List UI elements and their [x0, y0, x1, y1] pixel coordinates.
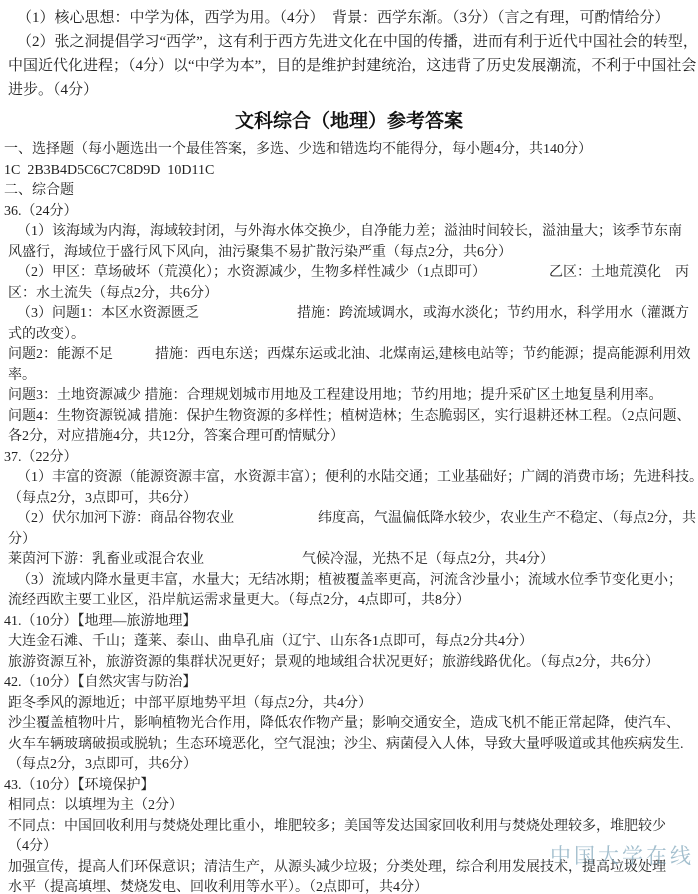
text-line: 区：水土流失（每点2分，共6分） — [2, 284, 696, 305]
text-line: （1）核心思想：中学为体，西学为用。（4分） 背景：西学东渐。（3分）（言之有理… — [2, 6, 696, 30]
text-line: 不同点：中国回收利用与焚烧处理比重小，堆肥较多；美国等发达国家回收利用与焚烧处理… — [2, 817, 696, 838]
text-line: 率。 — [2, 366, 696, 387]
text-line: 41.（10分）【地理—旅游地理】 — [2, 612, 696, 633]
text-line: （1）该海域为内海，海域较封闭，与外海水体交换少，自净能力差；溢油时间较长，溢油… — [2, 222, 696, 243]
text-line: 旅游资源互补，旅游资源的集群状况更好；景观的地域组合状况更好；旅游线路优化。（每… — [2, 653, 696, 674]
geography-answer-block: 一、选择题（每小题选出一个最佳答案，多选、少选和错选均不能得分，每小题4分，共1… — [2, 140, 696, 894]
text-line: （2）张之洞提倡学习“西学”，这有利于西方先进文化在中国的传播，进而有利于近代中… — [2, 30, 696, 54]
text-line: （每点2分，3点即可，共6分） — [2, 489, 696, 510]
text-line: 42.（10分）【自然灾害与防治】 — [2, 673, 696, 694]
text-line: 1C 2B3B4D5C6C7C8D9D 10D11C — [2, 161, 696, 182]
text-line: 距冬季风的源地近；中部平原地势平坦（每点2分，共4分） — [2, 694, 696, 715]
text-line: 火车车辆玻璃破损或脱轨；生态环境恶化，空气混浊；沙尘、病菌侵入人体，导致大量呼吸… — [2, 735, 696, 756]
text-line: 问题4：生物资源锐减 措施：保护生物资源的多样性；植树造林；生态脆弱区，实行退耕… — [2, 407, 696, 428]
history-answer-block: （1）核心思想：中学为体，西学为用。（4分） 背景：西学东渐。（3分）（言之有理… — [2, 6, 696, 102]
text-line: 问题3：土地资源减少 措施：合理规划城市用地及工程建设用地；节约用地；提升采矿区… — [2, 386, 696, 407]
text-line: 风盛行，海域位于盛行风下风向，油污聚集不易扩散污染严重（每点2分，共6分） — [2, 243, 696, 264]
text-line: 中国近代化进程；（4分）以“中学为本”，目的是维护封建统治，这违背了历史发展潮流… — [2, 54, 696, 78]
text-line: 莱茵河下游：乳畜业或混合农业 气候冷湿，光热不足（每点2分，共4分） — [2, 550, 696, 571]
text-line: 问题2：能源不足 措施：西电东送；西煤东运或北油、北煤南运,建核电站等；节约能源… — [2, 345, 696, 366]
text-line: 37.（22分） — [2, 448, 696, 469]
text-line: （3）流域内降水量更丰富，水量大；无结冰期；植被覆盖率更高，河流含沙量小；流域水… — [2, 571, 696, 592]
text-line: 加强宣传，提高人们环保意识；清洁生产，从源头减少垃圾；分类处理，综合利用发展技术… — [2, 858, 696, 879]
text-line: 各2分，对应措施4分，共12分，答案合理可酌情赋分） — [2, 427, 696, 448]
text-line: （2）甲区：草场破坏（荒漠化）；水资源减少，生物多样性减少（1点即可） 乙区：土… — [2, 263, 696, 284]
text-line: （2）伏尔加河下游：商品谷物农业 纬度高，气温偏低降水较少，农业生产不稳定、（每… — [2, 509, 696, 530]
text-line: 一、选择题（每小题选出一个最佳答案，多选、少选和错选均不能得分，每小题4分，共1… — [2, 140, 696, 161]
text-line: 二、综合题 — [2, 181, 696, 202]
text-line: （每点2分，3点即可，共6分） — [2, 755, 696, 776]
text-line: 大连金石滩、千山；蓬莱、泰山、曲阜孔庙（辽宁、山东各1点即可，每点2分共4分） — [2, 632, 696, 653]
text-line: 沙尘覆盖植物叶片，影响植物光合作用，降低农作物产量；影响交通安全，造成飞机不能正… — [2, 714, 696, 735]
text-line: 36.（24分） — [2, 202, 696, 223]
text-line: 分） — [2, 530, 696, 551]
text-line: 流经西欧主要工业区，沿岸航运需求量更大。（每点2分，4点即可，共8分） — [2, 591, 696, 612]
text-line: 水平（提高填埋、焚烧发电、回收利用等水平）。（2点即可，共4分） — [2, 878, 696, 894]
text-line: 进步。（4分） — [2, 78, 696, 102]
text-line: （3）问题1：本区水资源匮乏 措施：跨流域调水，或海水淡化；节约用水，科学用水（… — [2, 304, 696, 325]
text-line: 相同点：以填埋为主（2分） — [2, 796, 696, 817]
page-title: 文科综合（地理）参考答案 — [2, 106, 696, 133]
text-line: （1）丰富的资源（能源资源丰富，水资源丰富）；便利的水陆交通；工业基础好；广阔的… — [2, 468, 696, 489]
text-line: 43.（10分）【环境保护】 — [2, 776, 696, 797]
text-line: 式的改变）。 — [2, 325, 696, 346]
answer-sheet-page: （1）核心思想：中学为体，西学为用。（4分） 背景：西学东渐。（3分）（言之有理… — [0, 0, 698, 894]
text-line: （4分） — [2, 837, 696, 858]
